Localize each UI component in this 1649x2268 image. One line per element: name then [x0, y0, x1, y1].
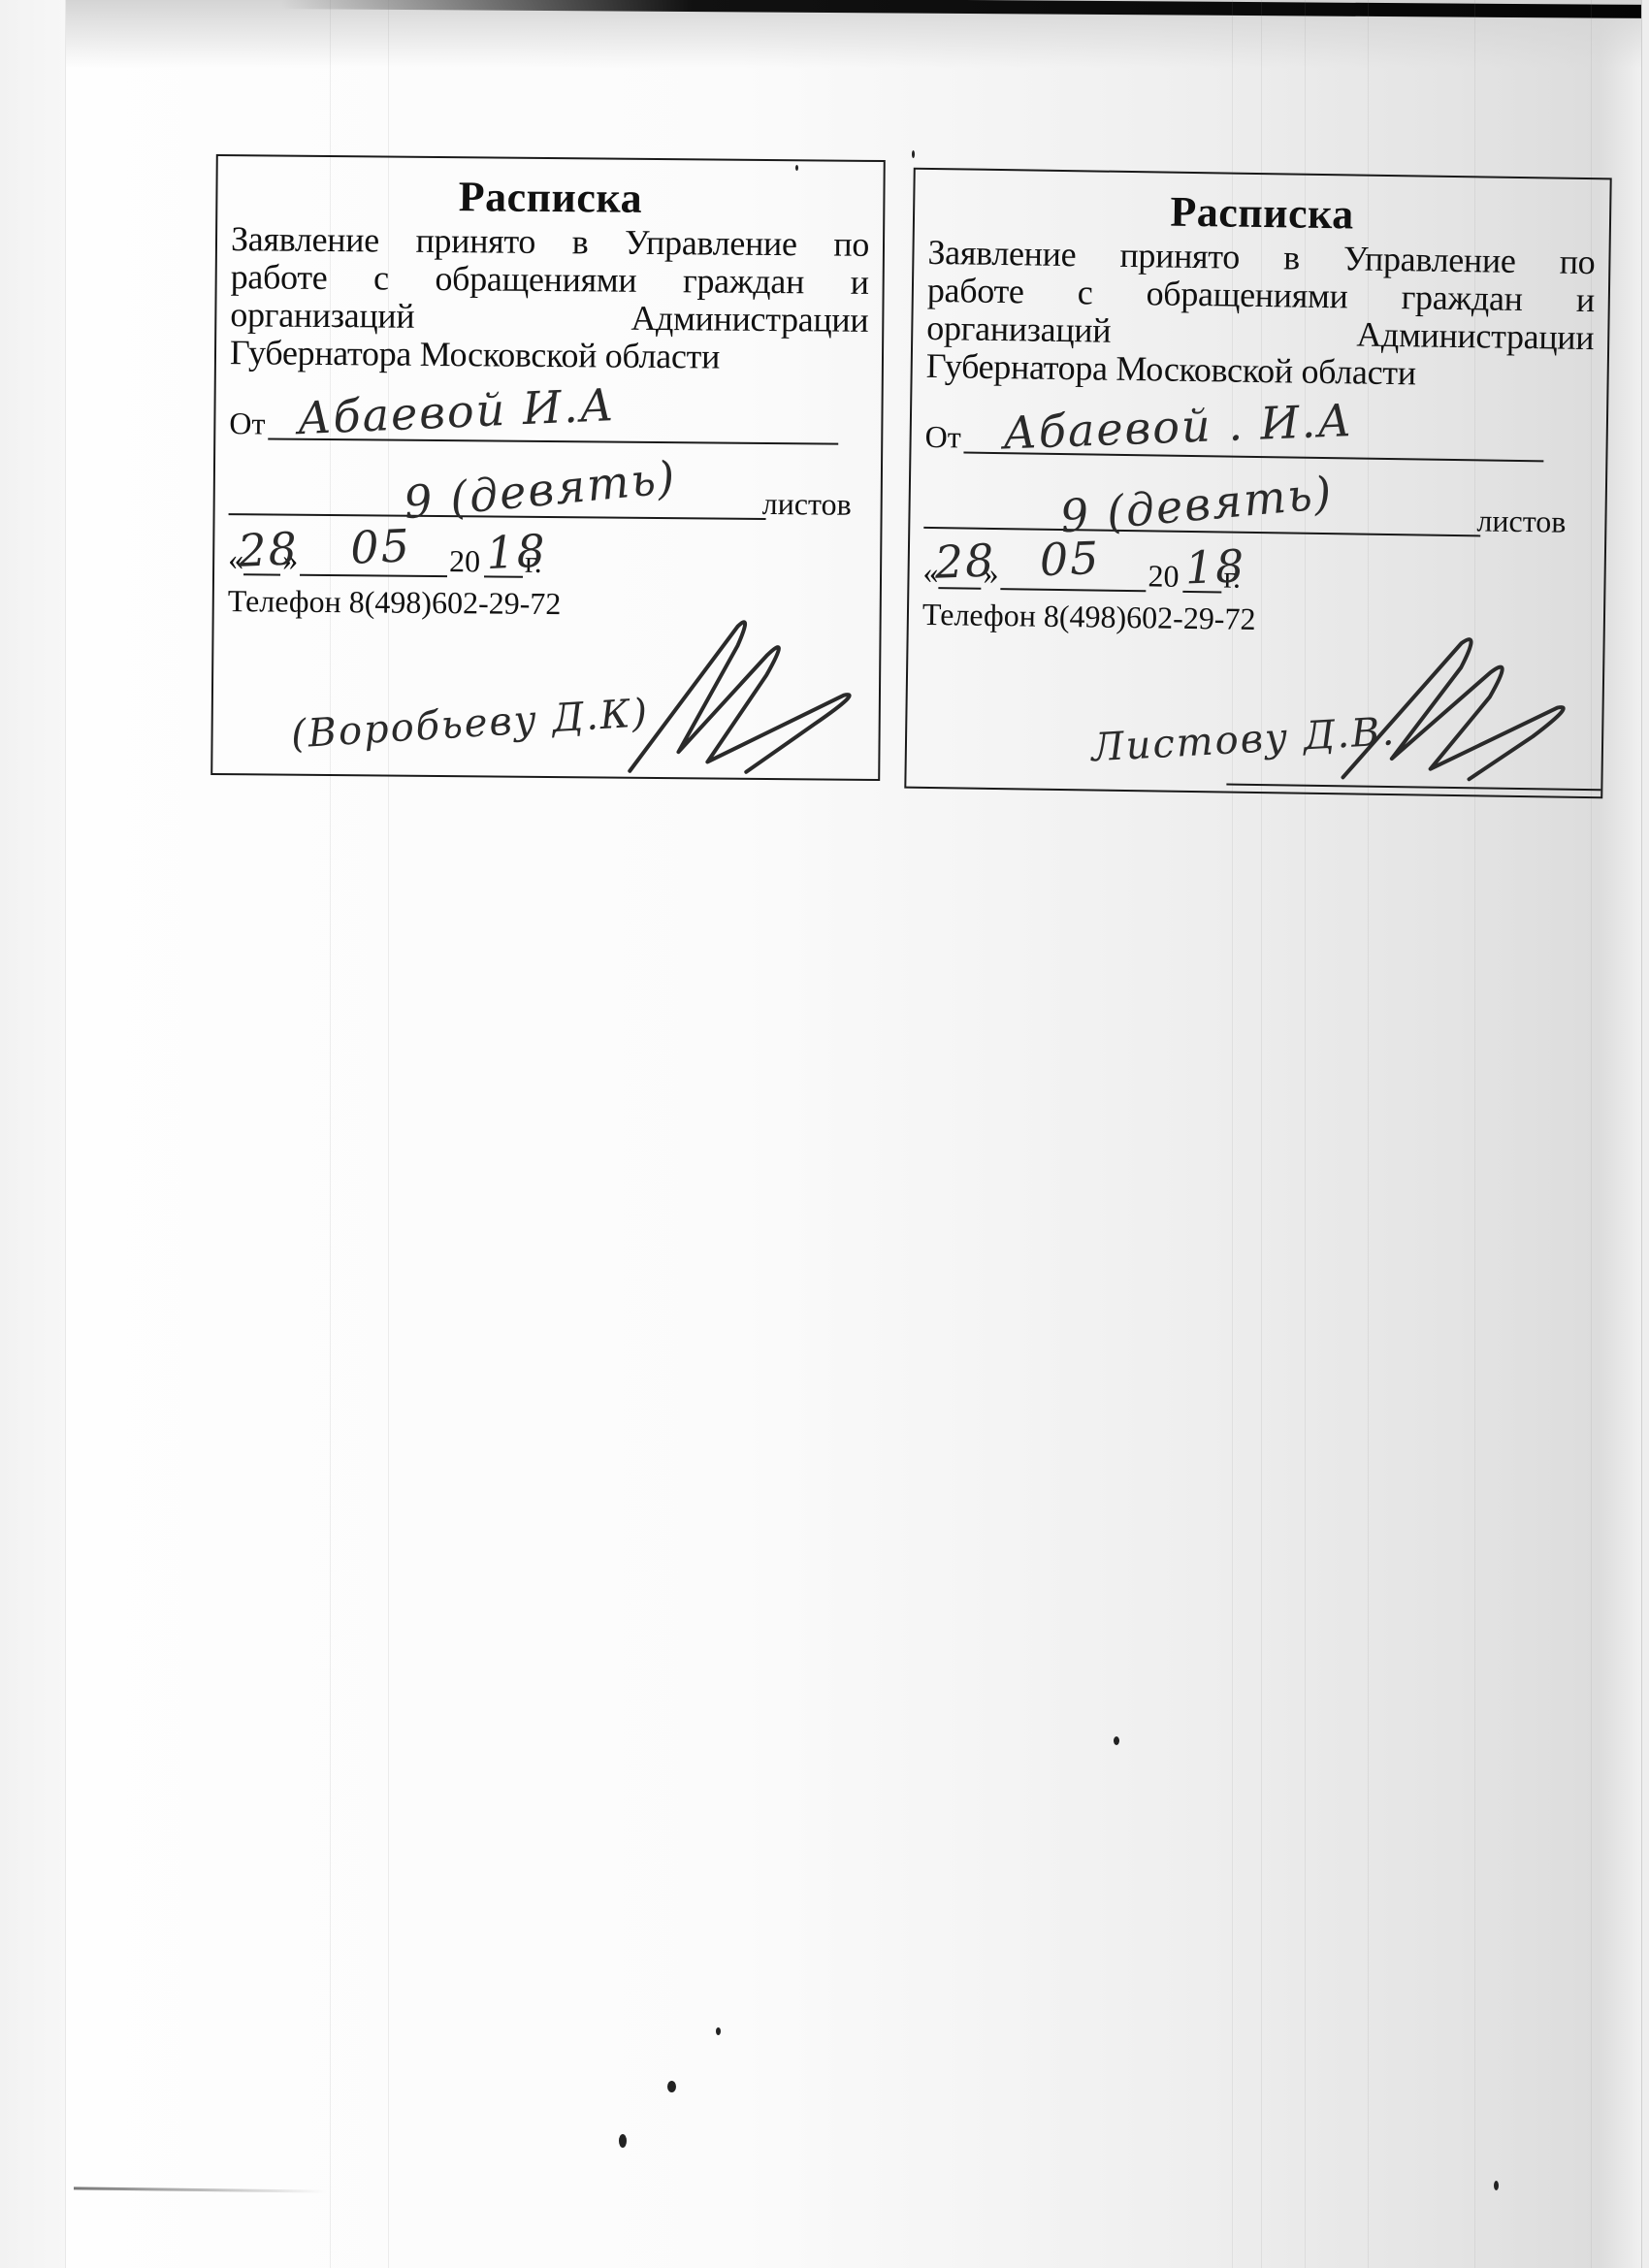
signature-icon: [1333, 622, 1577, 791]
speck: [619, 2134, 627, 2148]
receipt-body-line: Губернатора Московской области: [230, 334, 868, 377]
sheets-field: листов 9 (девять): [923, 461, 1592, 546]
from-handwritten-value: Абаевой . И.А: [1002, 394, 1354, 460]
year-prefix: 20: [449, 543, 480, 579]
date-year-handwritten: 18: [485, 524, 548, 579]
month-underline: [1000, 588, 1146, 592]
receipt-stamp-left: Расписка Заявление принято в Управление …: [210, 154, 886, 781]
receipt-stamp-right: Расписка Заявление принято в Управление …: [904, 168, 1611, 799]
scan-edge-right: [1641, 0, 1649, 2268]
from-label: От: [924, 419, 961, 456]
date-month-handwritten: 05: [1039, 532, 1102, 586]
from-label: От: [229, 405, 265, 441]
from-handwritten-value: Абаевой И.А: [296, 378, 616, 444]
date-day-handwritten: 28: [934, 534, 997, 588]
date-year-handwritten: 18: [1184, 539, 1247, 594]
receipt-title: Расписка: [231, 170, 869, 226]
month-underline: [300, 574, 447, 577]
year-prefix: 20: [1148, 558, 1180, 594]
date-month-handwritten: 05: [349, 519, 412, 574]
recipient-handwritten: (Воробьеву Д.К): [290, 691, 651, 757]
scan-artifact-line: [74, 2187, 326, 2192]
scanned-page: Расписка Заявление принято в Управление …: [0, 0, 1649, 2268]
date-field: « » 20 г. 28 05 18: [228, 523, 867, 589]
sheets-field: листов 9 (девять): [228, 447, 867, 529]
scan-edge-left: [0, 0, 66, 2268]
speck: [716, 2027, 721, 2035]
speck: [667, 2081, 676, 2092]
date-field: « » 20 г. 28 05 18: [922, 536, 1591, 606]
sheets-label: листов: [762, 486, 852, 523]
from-field: От Абаевой . И.А: [924, 385, 1593, 470]
receipt-body: Заявление принято в Управление по работе…: [230, 220, 869, 377]
signature-icon: [620, 606, 864, 783]
from-field: От Абаевой И.А: [229, 372, 868, 453]
date-day-handwritten: 28: [237, 522, 300, 577]
speck: [1114, 1736, 1119, 1745]
receipt-body: Заявление принято в Управление по работе…: [925, 234, 1595, 395]
speck: [912, 150, 915, 158]
speck: [1494, 2181, 1499, 2190]
sheets-label: листов: [1476, 502, 1567, 539]
